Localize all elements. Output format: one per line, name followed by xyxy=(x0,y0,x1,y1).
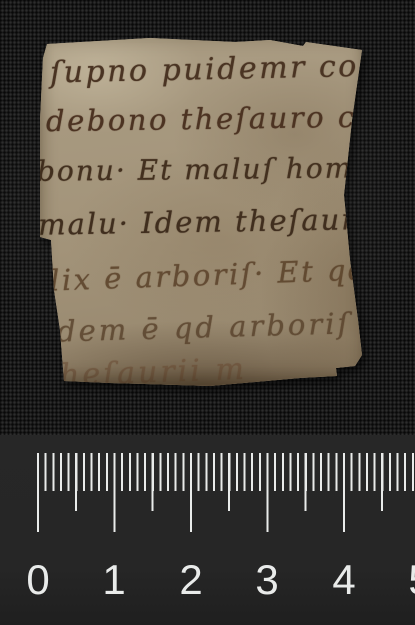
photo-background: ſupno puidemr con debono theſauro c bonu… xyxy=(0,0,415,625)
parchment: ſupno puidemr con debono theſauro c bonu… xyxy=(36,34,368,390)
scale-bar: 0 1 2 3 4 5 xyxy=(0,435,415,625)
scale-number-0: 0 xyxy=(16,557,60,603)
scale-ticks-mm xyxy=(37,453,415,491)
manuscript-line-5: lix ē arboriſ· Et qd xyxy=(50,252,370,297)
manuscript-line-1: ſupno puidemr con xyxy=(50,49,381,91)
scale-number-1: 1 xyxy=(92,557,136,603)
manuscript-line-2: debono theſauro c xyxy=(46,100,357,138)
manuscript-line-6: dem ē qd arboriſ f xyxy=(57,306,378,349)
manuscript-fragment: ſupno puidemr con debono theſauro c bonu… xyxy=(36,34,368,390)
scale-number-5: 5 xyxy=(398,557,415,603)
scale-number-4: 4 xyxy=(322,557,366,603)
manuscript-line-4: malu· Idem theſaur xyxy=(38,202,358,242)
scale-number-2: 2 xyxy=(169,557,213,603)
manuscript-line-7: heſaurii m xyxy=(59,352,247,394)
manuscript-line-3: bonu· Et maluſ homo xyxy=(37,151,372,188)
scale-number-3: 3 xyxy=(245,557,289,603)
